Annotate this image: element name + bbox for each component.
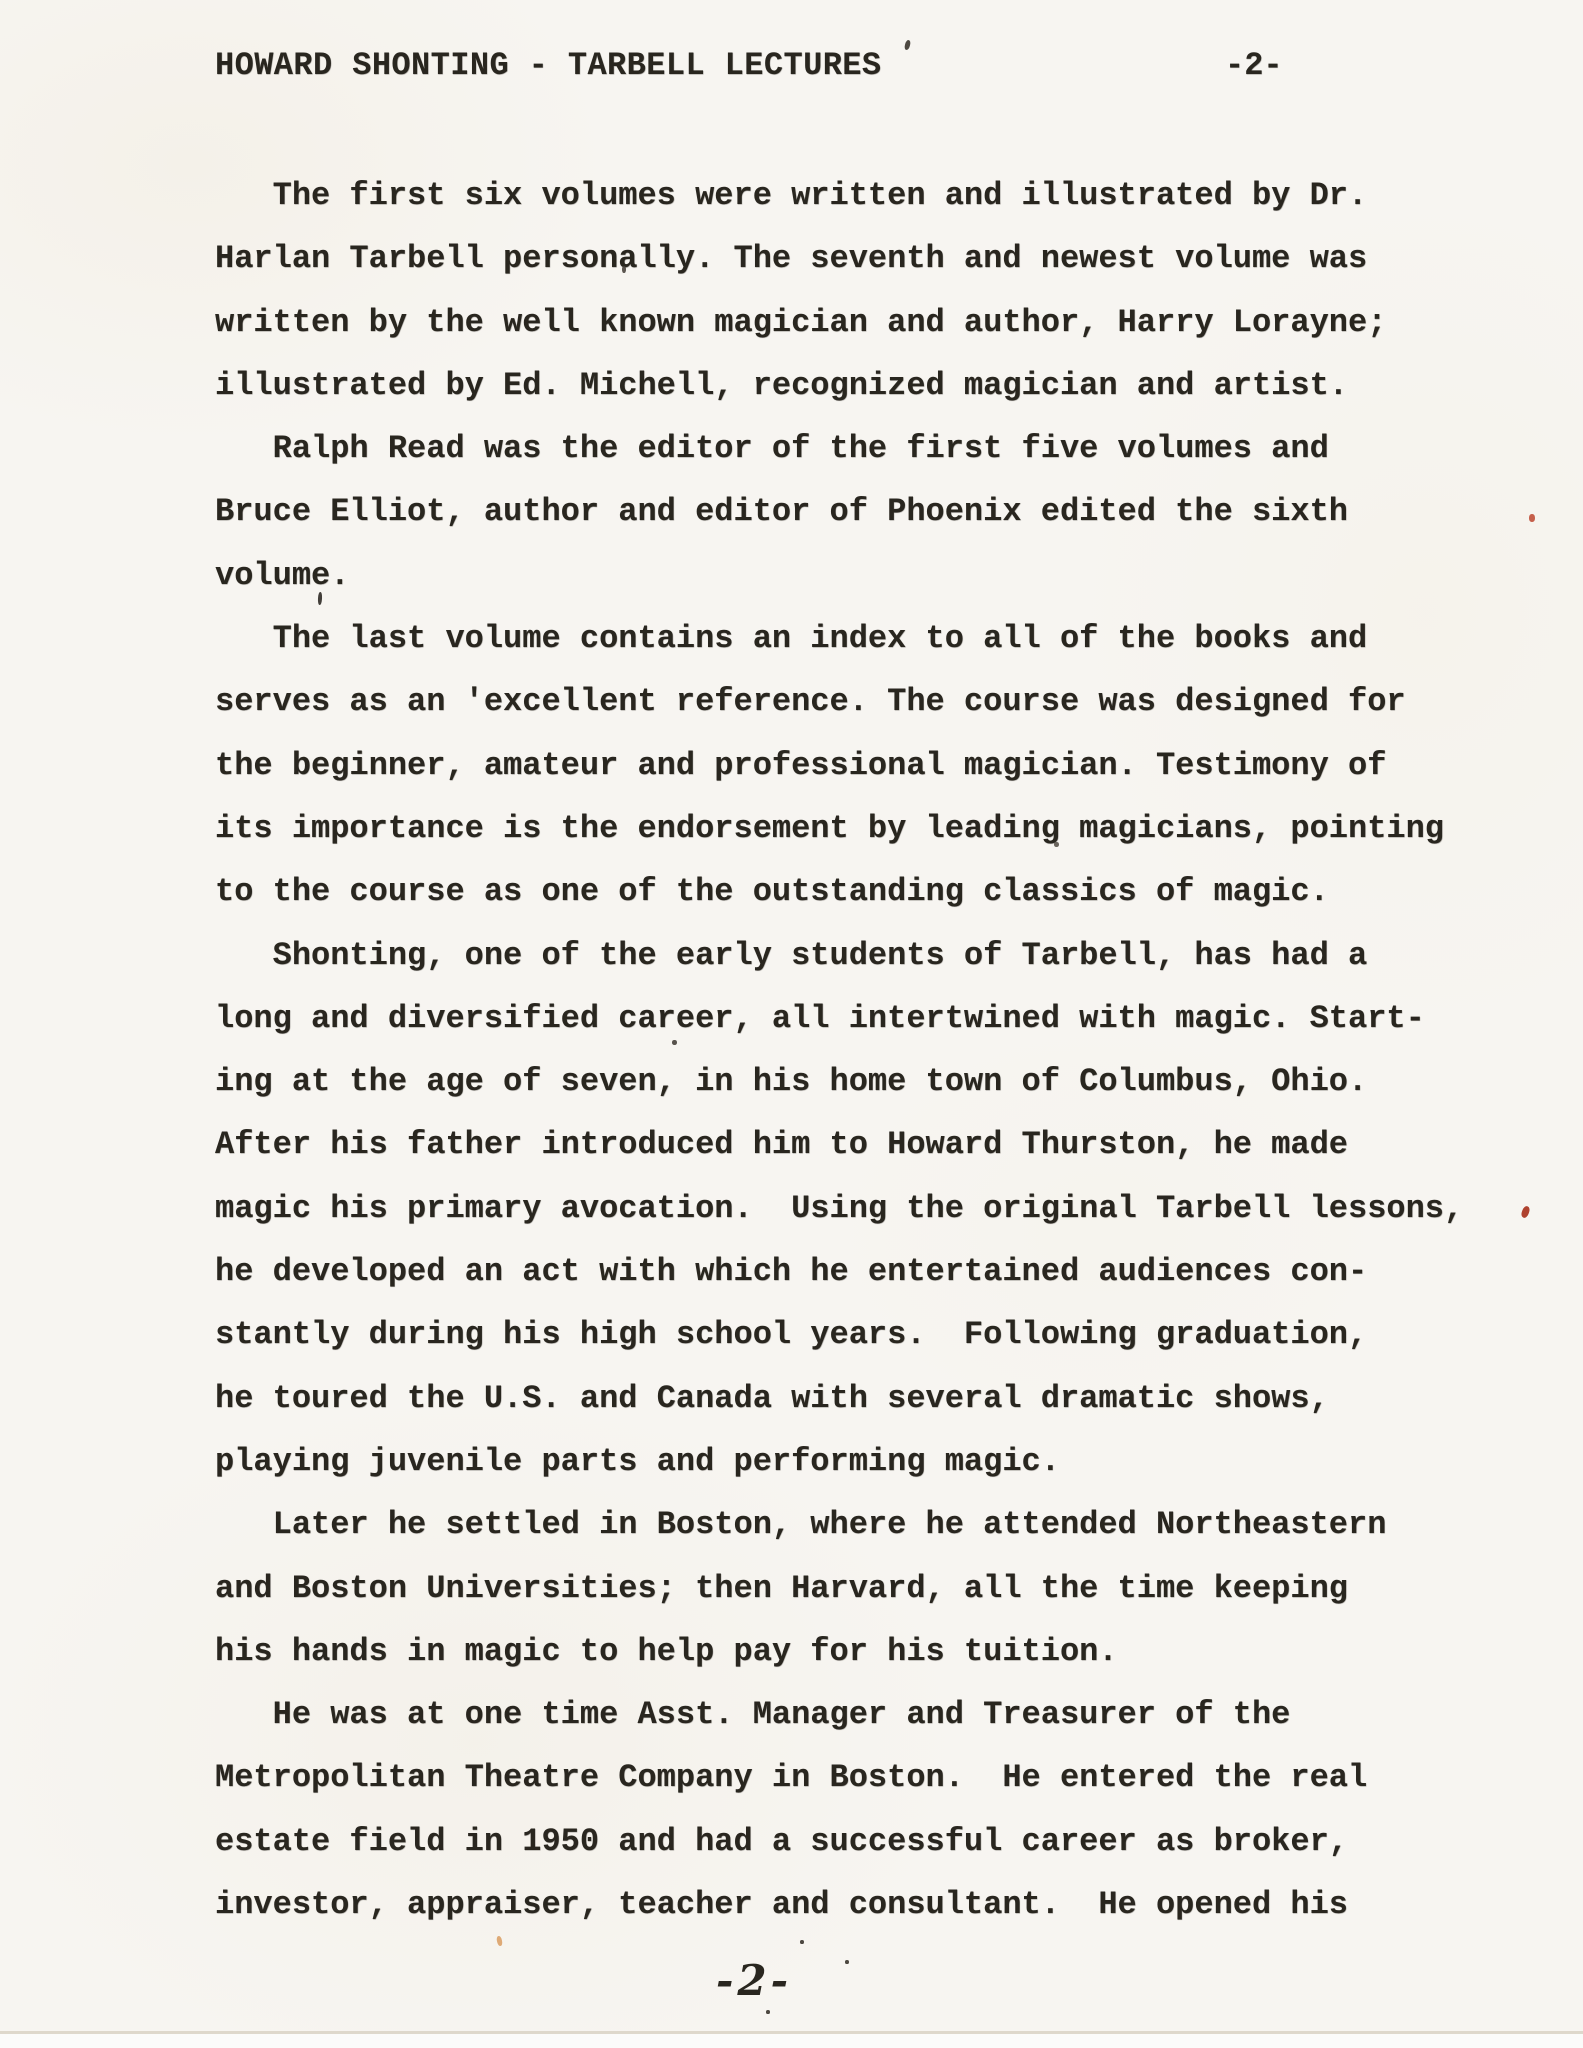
document-text-line: Bruce Elliot, author and editor of Phoen… bbox=[215, 480, 1475, 543]
document-text-line: Later he settled in Boston, where he att… bbox=[215, 1493, 1475, 1556]
ink-mark bbox=[904, 40, 911, 51]
page-number-footer: -2- bbox=[716, 1958, 792, 2004]
ink-mark bbox=[845, 1960, 849, 1964]
document-text-line: Shonting, one of the early students of T… bbox=[215, 924, 1475, 987]
document-text-line: long and diversified career, all intertw… bbox=[215, 987, 1475, 1050]
document-text-line: to the course as one of the outstanding … bbox=[215, 860, 1475, 923]
document-text-line: Ralph Read was the editor of the first f… bbox=[215, 417, 1475, 480]
document-page: HOWARD SHONTING - TARBELL LECTURES -2- T… bbox=[0, 0, 1583, 2048]
ink-mark bbox=[622, 266, 626, 273]
document-text-line: The first six volumes were written and i… bbox=[215, 164, 1475, 227]
ink-mark bbox=[672, 1040, 677, 1045]
document-text-line: ing at the age of seven, in his home tow… bbox=[215, 1050, 1475, 1113]
document-text-line: He was at one time Asst. Manager and Tre… bbox=[215, 1683, 1475, 1746]
document-text-line: he toured the U.S. and Canada with sever… bbox=[215, 1367, 1475, 1430]
ink-mark bbox=[496, 1936, 503, 1947]
page-below-edge bbox=[0, 2034, 1583, 2048]
document-text-line: estate field in 1950 and had a successfu… bbox=[215, 1810, 1475, 1873]
ink-mark bbox=[1054, 842, 1059, 847]
ink-mark bbox=[766, 2010, 770, 2014]
document-text-line: volume. bbox=[215, 544, 1475, 607]
document-text-line: playing juvenile parts and performing ma… bbox=[215, 1430, 1475, 1493]
document-text-line: written by the well known magician and a… bbox=[215, 291, 1475, 354]
document-text-line: serves as an 'excellent reference. The c… bbox=[215, 670, 1475, 733]
document-text-line: its importance is the endorsement by lea… bbox=[215, 797, 1475, 860]
page-number-header: -2- bbox=[1225, 46, 1283, 86]
document-text-line: magic his primary avocation. Using the o… bbox=[215, 1177, 1475, 1240]
document-text-line: he developed an act with which he entert… bbox=[215, 1240, 1475, 1303]
document-text-line: and Boston Universities; then Harvard, a… bbox=[215, 1557, 1475, 1620]
document-text-line: his hands in magic to help pay for his t… bbox=[215, 1620, 1475, 1683]
document-text-line: Harlan Tarbell personally. The seventh a… bbox=[215, 227, 1475, 290]
document-text-line: After his father introduced him to Howar… bbox=[215, 1113, 1475, 1176]
ink-mark bbox=[1520, 1205, 1531, 1219]
ink-mark bbox=[1529, 514, 1535, 522]
document-text-line: the beginner, amateur and professional m… bbox=[215, 734, 1475, 797]
document-text-line: investor, appraiser, teacher and consult… bbox=[215, 1873, 1475, 1936]
document-text-line: The last volume contains an index to all… bbox=[215, 607, 1475, 670]
ink-mark bbox=[800, 1940, 804, 1944]
document-text-line: Metropolitan Theatre Company in Boston. … bbox=[215, 1746, 1475, 1809]
document-text-line: illustrated by Ed. Michell, recognized m… bbox=[215, 354, 1475, 417]
document-text-line: stantly during his high school years. Fo… bbox=[215, 1303, 1475, 1366]
document-header-title: HOWARD SHONTING - TARBELL LECTURES bbox=[215, 46, 882, 86]
document-body: The first six volumes were written and i… bbox=[215, 164, 1475, 1936]
